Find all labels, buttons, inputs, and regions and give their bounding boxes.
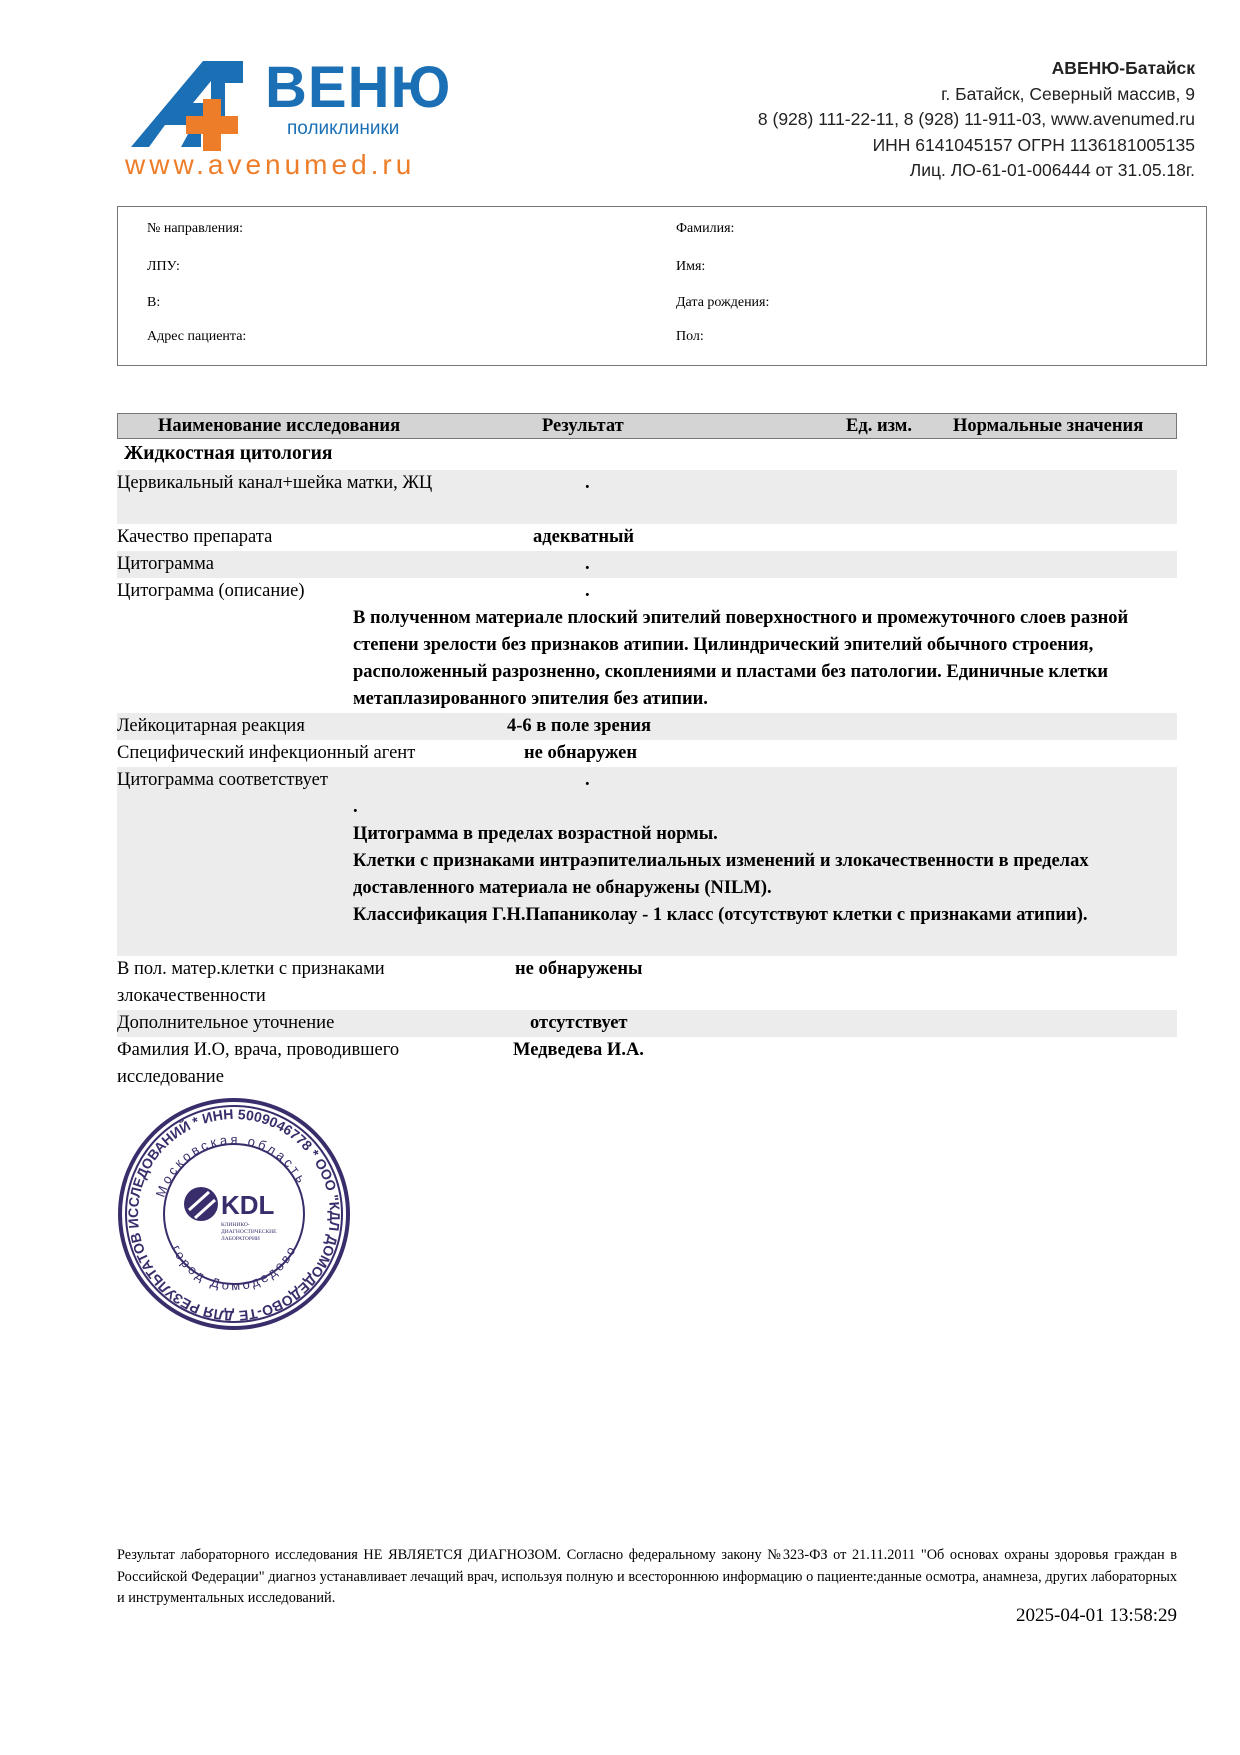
surname-label: Фамилия: [676, 221, 734, 237]
row-name: Цитограмма (описание) [117, 578, 447, 605]
row-value: Медведева И.А. [513, 1037, 644, 1064]
table-row: В пол. матер.клетки с признаками злокаче… [117, 956, 1177, 1010]
referral-number-label: № направления: [147, 221, 243, 237]
first-name-label: Имя: [676, 259, 705, 275]
table-row: Фамилия И.О, врача, проводившего исследо… [117, 1037, 1177, 1091]
svg-text:город Домодедово: город Домодедово [169, 1242, 300, 1293]
clinic-contacts: 8 (928) 111-22-11, 8 (928) 11-911-03, ww… [758, 107, 1195, 133]
row-value: не обнаружены [515, 956, 642, 983]
table-row: Специфический инфекционный агент не обна… [117, 740, 1177, 767]
clinic-logo: ВЕНЮ поликлиники www.avenumed.ru [125, 55, 455, 185]
table-row: Цитограмма . [117, 551, 1177, 578]
clinic-info: АВЕНЮ-Батайск г. Батайск, Северный масси… [758, 56, 1195, 184]
row-name: Цитограмма соответствует [117, 767, 447, 794]
conclusion-line: Клетки с признаками интраэпителиальных и… [353, 848, 1173, 902]
row-value: . [585, 551, 590, 578]
row-value: 4-6 в поле зрения [507, 713, 651, 740]
table-row: Лейкоцитарная реакция 4-6 в поле зрения [117, 713, 1177, 740]
row-name: Цитограмма [117, 551, 447, 578]
row-value: отсутствует [530, 1010, 628, 1037]
row-value: . [585, 767, 590, 794]
conclusion-line: Цитограмма в пределах возрастной нормы. [353, 821, 1173, 848]
column-header-normal: Нормальные значения [953, 416, 1143, 437]
legal-disclaimer: Результат лабораторного исследования НЕ … [117, 1545, 1177, 1610]
column-header-result: Результат [542, 416, 624, 437]
laboratory-stamp: ДЛЯ РЕЗУЛЬТАТОВ ИССЛЕДОВАНИЙ * ИНН 50090… [117, 1098, 352, 1330]
lpu-label: ЛПУ: [147, 259, 180, 275]
svg-text:КЛИНИКО-: КЛИНИКО- [221, 1222, 250, 1228]
row-name: Специфический инфекционный агент [117, 740, 447, 767]
row-value: . [585, 578, 590, 605]
clinic-license: Лиц. ЛО-61-01-006444 от 31.05.18г. [758, 158, 1195, 184]
conclusion-line: Классификация Г.Н.Папаниколау - 1 класс … [353, 902, 1173, 929]
logo-a-plus-icon [131, 59, 271, 151]
svg-text:ДИАГНОСТИЧЕСКИЕ: ДИАГНОСТИЧЕСКИЕ [221, 1229, 277, 1235]
table-row: Цитограмма (описание) . В полученном мат… [117, 578, 1177, 713]
cytogram-description: В полученном материале плоский эпителий … [353, 605, 1173, 713]
stamp-seal-icon: ДЛЯ РЕЗУЛЬТАТОВ ИССЛЕДОВАНИЙ * ИНН 50090… [117, 1098, 352, 1330]
logo-url: www.avenumed.ru [125, 151, 415, 179]
table-row: Цитограмма соответствует . . Цитограмма … [117, 767, 1177, 956]
print-timestamp: 2025-04-01 13:58:29 [1016, 1605, 1177, 1627]
sex-label: Пол: [676, 329, 704, 345]
table-row: Дополнительное уточнение отсутствует [117, 1010, 1177, 1037]
row-name: Цервикальный канал+шейка матки, ЖЦ [117, 470, 447, 497]
conclusion-line: . [353, 794, 1173, 821]
cytogram-conclusion: . Цитограмма в пределах возрастной нормы… [353, 794, 1173, 929]
table-row: Цервикальный канал+шейка матки, ЖЦ . [117, 470, 1177, 524]
birthdate-label: Дата рождения: [676, 295, 769, 311]
row-value: адекватный [533, 524, 634, 551]
svg-text:Московская область: Московская область [153, 1132, 311, 1199]
patient-address-label: Адрес пациента: [147, 329, 246, 345]
row-name: Фамилия И.О, врача, проводившего исследо… [117, 1037, 447, 1091]
table-row: Качество препарата адекватный [117, 524, 1177, 551]
logo-subtitle: поликлиники [287, 119, 399, 138]
group-title: Жидкостная цитология [124, 443, 332, 465]
row-name: Качество препарата [117, 524, 447, 551]
row-name: Дополнительное уточнение [117, 1010, 447, 1037]
v-label: В: [147, 295, 160, 311]
column-header-units: Ед. изм. [846, 416, 912, 437]
logo-wordmark: ВЕНЮ [265, 59, 451, 117]
row-name: Лейкоцитарная реакция [117, 713, 447, 740]
clinic-registration: ИНН 6141045157 ОГРН 1136181005135 [758, 133, 1195, 159]
clinic-address: г. Батайск, Северный массив, 9 [758, 82, 1195, 108]
results-table-header: Наименование исследования Результат Ед. … [117, 413, 1177, 439]
row-value: не обнаружен [524, 740, 637, 767]
svg-text:ЛАБОРАТОРИИ: ЛАБОРАТОРИИ [221, 1236, 260, 1242]
svg-text:KDL: KDL [221, 1190, 275, 1220]
row-value: . [585, 470, 590, 497]
column-header-name: Наименование исследования [158, 416, 400, 437]
row-name: В пол. матер.клетки с признаками злокаче… [117, 956, 427, 1010]
clinic-name: АВЕНЮ-Батайск [758, 56, 1195, 82]
patient-info-box: № направления: ЛПУ: В: Адрес пациента: Ф… [117, 206, 1207, 366]
